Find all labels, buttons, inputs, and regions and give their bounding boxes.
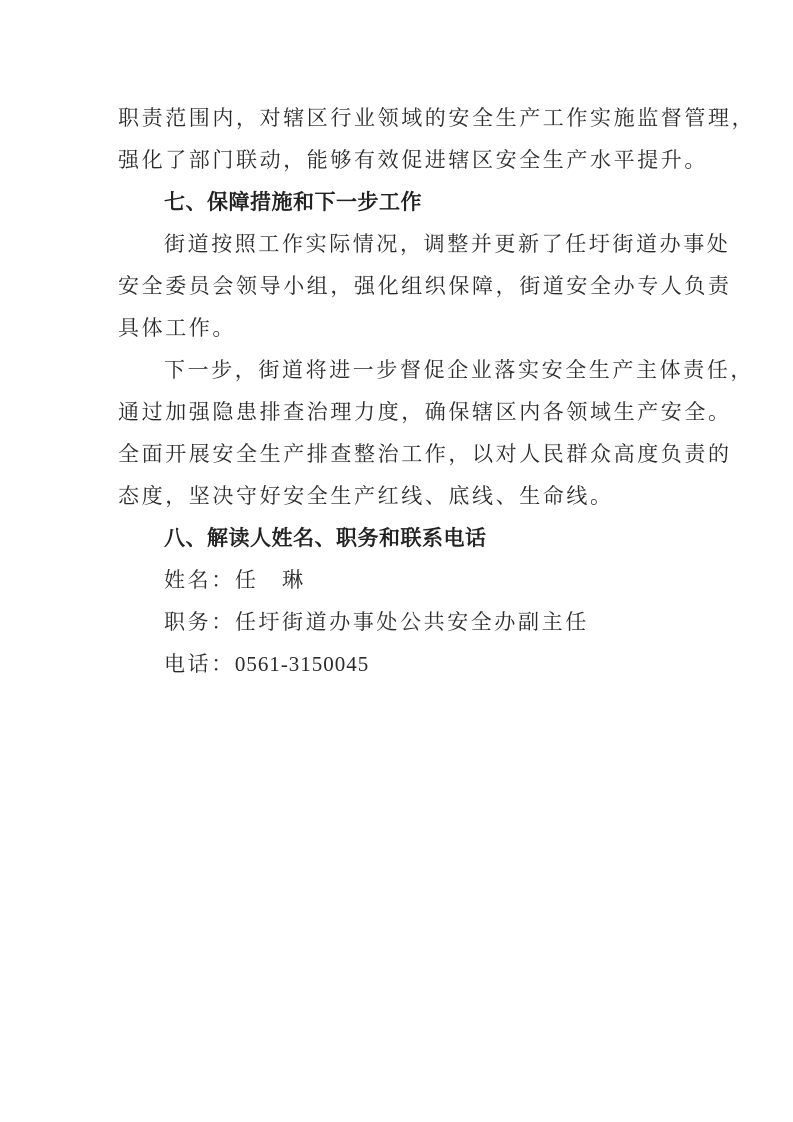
name-value: 任 琳	[235, 568, 306, 592]
contact-title-row: 职务：任圩街道办事处公共安全办副主任	[118, 601, 698, 643]
name-label: 姓名：	[164, 568, 235, 592]
title-value: 任圩街道办事处公共安全办副主任	[235, 610, 589, 634]
paragraph-line: 街道按照工作实际情况，调整并更新了任圩街道办事处	[118, 223, 698, 265]
contact-phone-row: 电话：0561-3150045	[118, 643, 698, 685]
paragraph-line: 具体工作。	[118, 307, 698, 349]
section-7-paragraph-1: 街道按照工作实际情况，调整并更新了任圩街道办事处 安全委员会领导小组，强化组织保…	[118, 223, 698, 349]
paragraph-line: 通过加强隐患排查治理力度，确保辖区内各领域生产安全。	[118, 391, 698, 433]
section-7-heading: 七、保障措施和下一步工作	[118, 181, 698, 223]
contact-name-row: 姓名：任 琳	[118, 559, 698, 601]
document-page: 职责范围内，对辖区行业领域的安全生产工作实施监督管理， 强化了部门联动，能够有效…	[118, 97, 698, 685]
paragraph-line: 下一步，街道将进一步督促企业落实安全生产主体责任，	[118, 349, 698, 391]
paragraph-line: 职责范围内，对辖区行业领域的安全生产工作实施监督管理，	[118, 97, 698, 139]
title-label: 职务：	[164, 610, 235, 634]
paragraph-line: 态度，坚决守好安全生产红线、底线、生命线。	[118, 475, 698, 517]
paragraph-line: 安全委员会领导小组，强化组织保障，街道安全办专人负责	[118, 265, 698, 307]
section-7-paragraph-2: 下一步，街道将进一步督促企业落实安全生产主体责任， 通过加强隐患排查治理力度，确…	[118, 349, 698, 517]
paragraph-line: 全面开展安全生产排查整治工作，以对人民群众高度负责的	[118, 433, 698, 475]
phone-value: 0561-3150045	[235, 652, 370, 676]
phone-label: 电话：	[164, 652, 235, 676]
continued-paragraph: 职责范围内，对辖区行业领域的安全生产工作实施监督管理， 强化了部门联动，能够有效…	[118, 97, 698, 181]
section-8-heading: 八、解读人姓名、职务和联系电话	[118, 517, 698, 559]
paragraph-line: 强化了部门联动，能够有效促进辖区安全生产水平提升。	[118, 139, 698, 181]
